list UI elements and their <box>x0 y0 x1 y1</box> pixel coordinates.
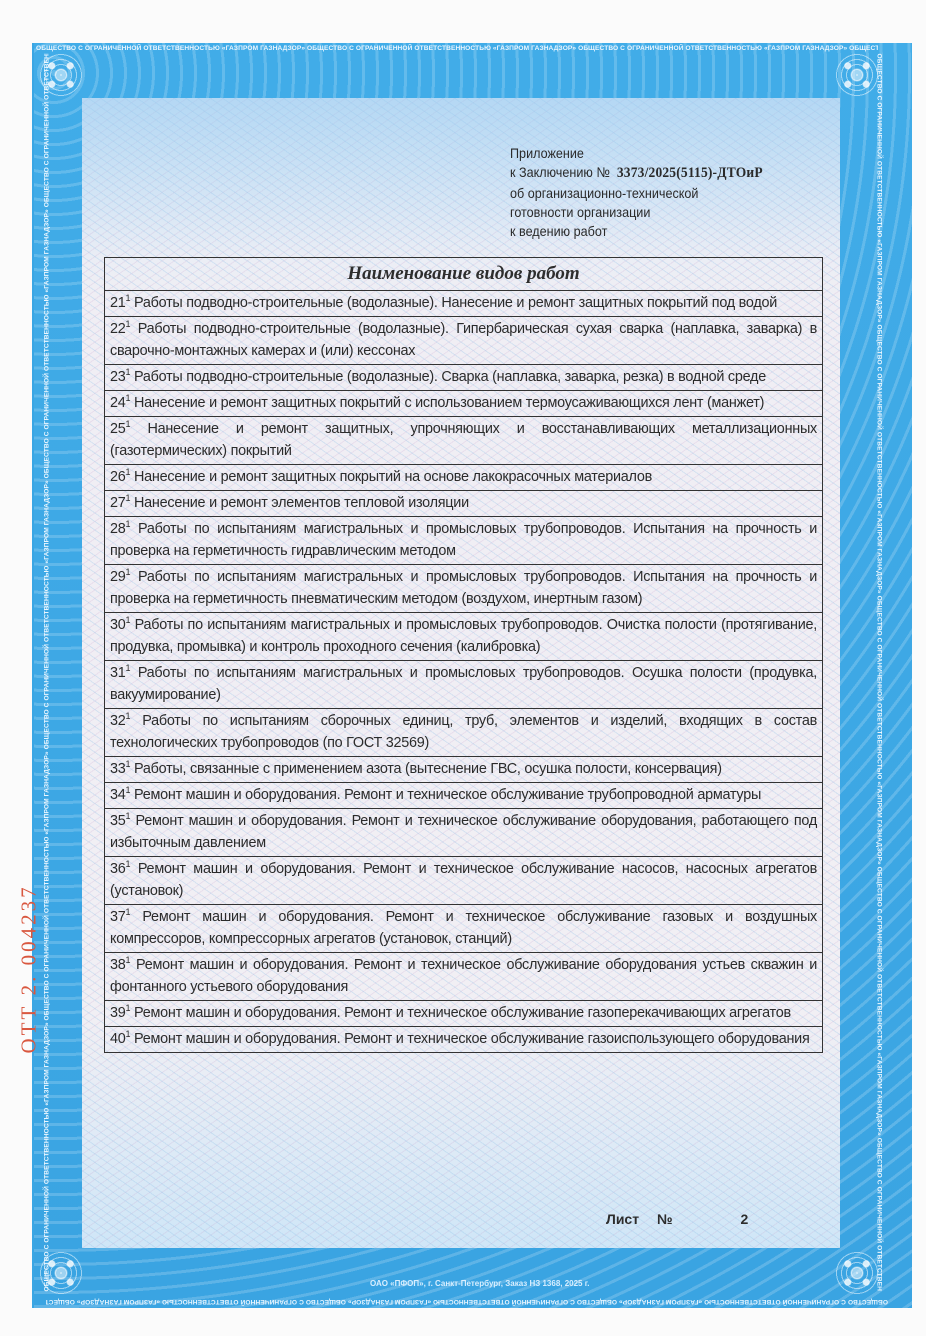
work-number: 23 <box>110 369 126 385</box>
work-description: Ремонт машин и оборудования. Ремонт и те… <box>134 1031 810 1047</box>
work-number: 34 <box>110 787 126 803</box>
work-number: 21 <box>110 295 126 311</box>
conclusion-number: 3373/2025(5115)-ДТОиР <box>617 165 763 181</box>
work-type-cell: 381 Ремонт машин и оборудования. Ремонт … <box>105 953 823 1001</box>
work-type-cell: 311 Работы по испытаниям магистральных и… <box>105 661 823 709</box>
work-number: 37 <box>110 909 126 925</box>
table-row: 311 Работы по испытаниям магистральных и… <box>105 661 823 709</box>
work-number: 24 <box>110 395 126 411</box>
appendix-header: Приложение к Заключению № 3373/2025(5115… <box>510 144 798 241</box>
work-number: 39 <box>110 1005 126 1021</box>
table-row: 401 Ремонт машин и оборудования. Ремонт … <box>105 1027 823 1053</box>
border-microtext-right: ОБЩЕСТВО С ОГРАНИЧЕННОЙ ОТВЕТСТВЕННОСТЬЮ… <box>875 54 884 1292</box>
work-type-cell: 341 Ремонт машин и оборудования. Ремонт … <box>105 783 823 809</box>
table-row: 381 Ремонт машин и оборудования. Ремонт … <box>105 953 823 1001</box>
work-type-cell: 371 Ремонт машин и оборудования. Ремонт … <box>105 905 823 953</box>
work-description: Работы подводно-строительные (водолазные… <box>110 321 817 359</box>
work-type-cell: 331 Работы, связанные с применением азот… <box>105 757 823 783</box>
work-number: 36 <box>110 861 126 877</box>
table-row: 371 Ремонт машин и оборудования. Ремонт … <box>105 905 823 953</box>
work-description: Ремонт машин и оборудования. Ремонт и те… <box>110 909 817 947</box>
work-description: Работы по испытаниям магистральных и про… <box>110 665 817 703</box>
work-number-superscript: 1 <box>126 519 131 529</box>
work-number-superscript: 1 <box>126 467 131 477</box>
work-number: 33 <box>110 761 126 777</box>
work-type-cell: 281 Работы по испытаниям магистральных и… <box>105 517 823 565</box>
table-row: 391 Ремонт машин и оборудования. Ремонт … <box>105 1001 823 1027</box>
work-number-superscript: 1 <box>126 955 131 965</box>
works-table: Наименование видов работ 211 Работы подв… <box>104 257 823 1053</box>
form-serial-number: ОТТ 2. 004237 <box>17 884 42 1054</box>
work-description: Ремонт машин и оборудования. Ремонт и те… <box>134 787 761 803</box>
rosette-icon <box>38 1250 84 1296</box>
sheet-number-value: 2 <box>740 1211 748 1227</box>
work-number: 32 <box>110 713 126 729</box>
table-row: 321 Работы по испытаниям сборочных едини… <box>105 709 823 757</box>
work-description: Нанесение и ремонт защитных покрытий на … <box>134 469 652 485</box>
work-number-superscript: 1 <box>126 615 131 625</box>
work-number-superscript: 1 <box>126 859 131 869</box>
border-microtext-left: ОБЩЕСТВО С ОГРАНИЧЕННОЙ ОТВЕТСТВЕННОСТЬЮ… <box>43 54 52 1292</box>
work-number-superscript: 1 <box>126 293 131 303</box>
work-type-cell: 231 Работы подводно-строительные (водола… <box>105 365 823 391</box>
work-type-cell: 241 Нанесение и ремонт защитных покрытий… <box>105 391 823 417</box>
printer-imprint: ОАО «ПФОП», г. Санкт-Петербург, Заказ НЗ… <box>370 1279 589 1288</box>
table-row: 241 Нанесение и ремонт защитных покрытий… <box>105 391 823 417</box>
work-number-superscript: 1 <box>126 319 131 329</box>
sheet-number: Лист № 2 <box>606 1211 748 1227</box>
rosette-icon <box>834 52 880 98</box>
work-type-cell: 271 Нанесение и ремонт элементов теплово… <box>105 491 823 517</box>
work-description: Работы по испытаниям магистральных и про… <box>110 617 817 655</box>
work-number: 40 <box>110 1031 126 1047</box>
appendix-title: Приложение <box>510 144 798 163</box>
table-row: 221 Работы подводно-строительные (водола… <box>105 317 823 365</box>
work-number: 22 <box>110 321 126 337</box>
work-description: Работы по испытаниям магистральных и про… <box>110 521 817 559</box>
work-description: Работы подводно-строительные (водолазные… <box>134 369 766 385</box>
work-number: 29 <box>110 569 126 585</box>
work-description: Ремонт машин и оборудования. Ремонт и те… <box>134 1005 791 1021</box>
rosette-icon <box>834 1250 880 1296</box>
work-number-superscript: 1 <box>126 367 131 377</box>
table-row: 271 Нанесение и ремонт элементов теплово… <box>105 491 823 517</box>
work-type-cell: 321 Работы по испытаниям сборочных едини… <box>105 709 823 757</box>
conclusion-reference: к Заключению № 3373/2025(5115)-ДТОиР <box>510 163 798 183</box>
work-description: Нанесение и ремонт защитных покрытий с и… <box>134 395 764 411</box>
work-number: 26 <box>110 469 126 485</box>
work-number: 30 <box>110 617 126 633</box>
work-type-cell: 361 Ремонт машин и оборудования. Ремонт … <box>105 857 823 905</box>
table-header: Наименование видов работ <box>105 258 823 291</box>
rosette-icon <box>38 52 84 98</box>
table-row: 231 Работы подводно-строительные (водола… <box>105 365 823 391</box>
work-description: Работы по испытаниям магистральных и про… <box>110 569 817 607</box>
work-number-superscript: 1 <box>126 393 131 403</box>
work-description: Нанесение и ремонт элементов тепловой из… <box>134 495 469 511</box>
works-table-body: 211 Работы подводно-строительные (водола… <box>105 291 823 1053</box>
work-type-cell: 301 Работы по испытаниям магистральных и… <box>105 613 823 661</box>
work-number-superscript: 1 <box>126 567 131 577</box>
table-row: 261 Нанесение и ремонт защитных покрытий… <box>105 465 823 491</box>
work-type-cell: 221 Работы подводно-строительные (водола… <box>105 317 823 365</box>
work-number-superscript: 1 <box>126 1003 131 1013</box>
table-row: 351 Ремонт машин и оборудования. Ремонт … <box>105 809 823 857</box>
work-type-cell: 391 Ремонт машин и оборудования. Ремонт … <box>105 1001 823 1027</box>
table-row: 301 Работы по испытаниям магистральных и… <box>105 613 823 661</box>
work-number: 28 <box>110 521 126 537</box>
work-number-superscript: 1 <box>126 419 131 429</box>
work-description: Нанесение и ремонт защитных, упрочняющих… <box>110 421 817 459</box>
table-row: 341 Ремонт машин и оборудования. Ремонт … <box>105 783 823 809</box>
work-number: 25 <box>110 421 126 437</box>
work-number-superscript: 1 <box>126 711 131 721</box>
table-row: 331 Работы, связанные с применением азот… <box>105 757 823 783</box>
work-number-superscript: 1 <box>126 759 131 769</box>
table-row: 291 Работы по испытаниям магистральных и… <box>105 565 823 613</box>
work-number-superscript: 1 <box>126 811 131 821</box>
work-number-superscript: 1 <box>126 1029 131 1039</box>
work-description: Работы, связанные с применением азота (в… <box>134 761 722 777</box>
work-type-cell: 211 Работы подводно-строительные (водола… <box>105 291 823 317</box>
work-description: Работы подводно-строительные (водолазные… <box>134 295 777 311</box>
work-number-superscript: 1 <box>126 907 131 917</box>
work-number-superscript: 1 <box>126 785 131 795</box>
work-number-superscript: 1 <box>126 663 131 673</box>
border-microtext-bottom: ОБЩЕСТВО С ОГРАНИЧЕННОЙ ОТВЕТСТВЕННОСТЬЮ… <box>46 1297 888 1306</box>
work-number: 27 <box>110 495 126 511</box>
work-description: Ремонт машин и оборудования. Ремонт и те… <box>110 861 817 899</box>
table-row: 251 Нанесение и ремонт защитных, упрочня… <box>105 417 823 465</box>
table-row: 361 Ремонт машин и оборудования. Ремонт … <box>105 857 823 905</box>
table-row: 281 Работы по испытаниям магистральных и… <box>105 517 823 565</box>
work-type-cell: 351 Ремонт машин и оборудования. Ремонт … <box>105 809 823 857</box>
work-description: Работы по испытаниям сборочных единиц, т… <box>110 713 817 751</box>
work-description: Ремонт машин и оборудования. Ремонт и те… <box>110 813 817 851</box>
work-type-cell: 401 Ремонт машин и оборудования. Ремонт … <box>105 1027 823 1053</box>
work-type-cell: 261 Нанесение и ремонт защитных покрытий… <box>105 465 823 491</box>
work-number: 31 <box>110 665 126 681</box>
work-type-cell: 291 Работы по испытаниям магистральных и… <box>105 565 823 613</box>
work-number: 35 <box>110 813 126 829</box>
work-number-superscript: 1 <box>126 493 131 503</box>
border-microtext-top: ОБЩЕСТВО С ОГРАНИЧЕННОЙ ОТВЕТСТВЕННОСТЬЮ… <box>36 44 878 53</box>
work-type-cell: 251 Нанесение и ремонт защитных, упрочня… <box>105 417 823 465</box>
work-number: 38 <box>110 957 126 973</box>
table-row: 211 Работы подводно-строительные (водола… <box>105 291 823 317</box>
work-description: Ремонт машин и оборудования. Ремонт и те… <box>110 957 817 995</box>
